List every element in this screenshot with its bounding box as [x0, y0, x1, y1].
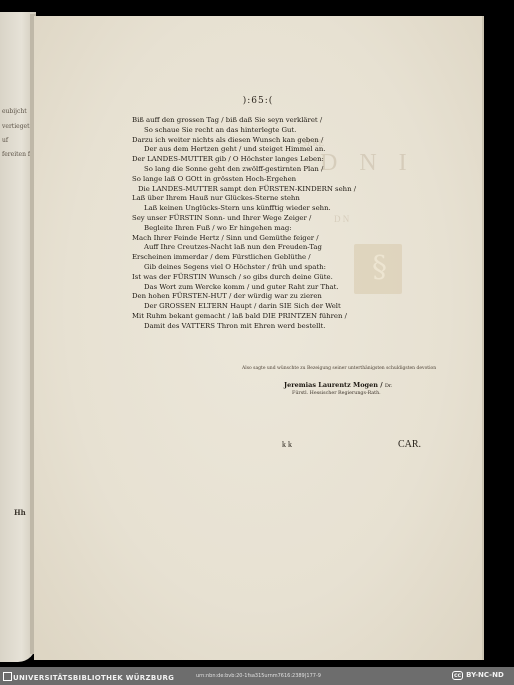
poem-line: Die LANDES-MUTTER sampt den FÜRSTEN-KIND…: [132, 185, 372, 195]
signature-mark: k k: [282, 440, 292, 449]
author-degree: Dr.: [385, 383, 392, 389]
author-office: Fürstl. Hessischer Regierungs-Rath.: [292, 391, 381, 396]
poem-line: Das Wort zum Wercke komm / und guter Rah…: [132, 283, 372, 293]
poem-line: Den hohen FÜRSTEN-HUT / der würdig war z…: [132, 292, 372, 302]
poem-line: Auff Ihre Creutzes-Nacht laß nun den Fre…: [132, 243, 372, 253]
poem-line: Laß keinen Unglücks-Stern uns künfftig w…: [132, 204, 372, 214]
poem-line: Gib deines Segens viel O Höchster / früh…: [132, 263, 372, 273]
poem-line: Damit des VATTERS Thron mit Ehren werd b…: [132, 322, 372, 332]
library-stamp: §: [354, 244, 402, 294]
poem-line: Der aus dem Hertzen geht / und steiget H…: [132, 145, 372, 155]
library-logo-icon: [3, 672, 12, 681]
author-signature: Jeremias Laurentz Mogen / Dr.: [284, 381, 392, 389]
poem-line: Sey unser FÜRSTIN Sonn- und Ihrer Wege Z…: [132, 214, 372, 224]
left-page-fragment: uf: [2, 137, 8, 144]
poem-line: So lange laß O GOtt in grössten Hoch-Erg…: [132, 175, 372, 185]
catchword: CAR.: [398, 439, 421, 450]
scanned-page: SERE D N I D N ):65:( Biß auff den gross…: [34, 16, 484, 660]
creative-commons-icon: cc: [452, 671, 463, 680]
poem-line: Mit Ruhm bekant gemacht / laß bald DIE P…: [132, 312, 372, 322]
viewer-footer-bar: UNIVERSITÄTSBIBLIOTHEK WÜRZBURG urn:nbn:…: [0, 667, 514, 685]
license-badge[interactable]: ccBY-NC-ND: [452, 671, 504, 679]
urn-identifier[interactable]: urn:nbn:de:bvb:20-1fsa315urnm7616:2389|1…: [196, 673, 321, 679]
poem-line: So schaue Sie recht an das hinterlegte G…: [132, 126, 372, 136]
author-name: Jeremias Laurentz Mogen /: [284, 381, 383, 389]
poem-block: Biß auff den grossen Tag / biß daß Sie s…: [132, 116, 372, 332]
poem-line: Erscheinen immerdar / dem Fürstlichen Ge…: [132, 253, 372, 263]
dedication-note: Also sagte und wünschte zu Bezeigung sei…: [242, 366, 442, 372]
left-page-number: Hh: [14, 508, 26, 517]
license-label: BY-NC-ND: [466, 671, 504, 679]
library-logo[interactable]: UNIVERSITÄTSBIBLIOTHEK WÜRZBURG: [3, 672, 174, 682]
poem-line: Mach Ihrer Feinde Hertz / Sinn und Gemüt…: [132, 234, 372, 244]
poem-line: Darzu ich weiter nichts als diesen Wunsc…: [132, 136, 372, 146]
library-name: UNIVERSITÄTSBIBLIOTHEK WÜRZBURG: [13, 674, 174, 682]
left-page-fragment: eubijcht: [2, 108, 27, 115]
poem-line: Begleite Ihren Fuß / wo Er hingehen mag:: [132, 224, 372, 234]
poem-line: Der LANDES-MUTTER gib / O Höchster lange…: [132, 155, 372, 165]
poem-line: Laß über Ihrem Hauß nur Glückes-Sterne s…: [132, 194, 372, 204]
poem-line: Der GROSSEN ELTERN Haupt / darin SIE Sic…: [132, 302, 372, 312]
poem-line: Biß auff den grossen Tag / biß daß Sie s…: [132, 116, 372, 126]
page-number-marker: ):65:(: [34, 96, 482, 106]
stamp-glyph-icon: §: [372, 250, 387, 285]
poem-line: So lang die Sonne geht den zwölff-gestir…: [132, 165, 372, 175]
poem-line: Ist was der FÜRSTIN Wunsch / so gibs dur…: [132, 273, 372, 283]
